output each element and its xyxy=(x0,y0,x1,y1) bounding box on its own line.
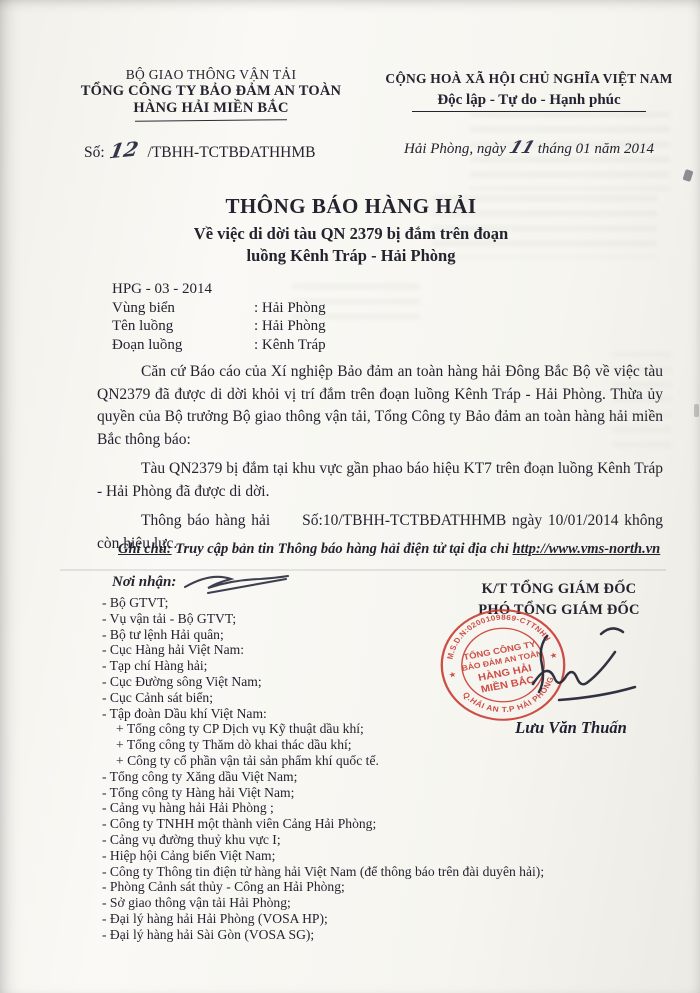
document-title-block: THÔNG BÁO HÀNG HẢI Về việc di dời tàu QN… xyxy=(40,194,662,267)
note-text: Truy cập bản tin Thông báo hàng hải điện… xyxy=(172,541,513,557)
reference-label: Đoạn luồng xyxy=(112,336,254,355)
recipient-item: - Sở giao thông vận tải Hải Phòng; xyxy=(102,895,664,911)
notice-body: Căn cứ Báo cáo của Xí nghiệp Bảo đảm an … xyxy=(97,361,663,562)
issuing-org-block: BỘ GIAO THÔNG VẬN TẢI TỔNG CÔNG TY BẢO Đ… xyxy=(55,66,367,121)
reference-value: : Kênh Tráp xyxy=(254,336,326,355)
director-signature xyxy=(523,620,655,716)
handwritten-day: 11 xyxy=(506,138,537,158)
org-underline xyxy=(135,119,287,122)
handwritten-doc-number: 12 xyxy=(107,137,140,164)
signer-name: Lưu Văn Thuấn xyxy=(455,718,687,738)
note-label: Ghi chú: xyxy=(118,541,172,557)
national-title: CỘNG HOÀ XÃ HỘI CHỦ NGHĨA VIỆT NAM xyxy=(366,70,692,88)
scanned-notice-page: BỘ GIAO THÔNG VẬN TẢI TỔNG CÔNG TY BẢO Đ… xyxy=(0,0,700,993)
national-header-block: CỘNG HOÀ XÃ HỘI CHỦ NGHĨA VIỆT NAM Độc l… xyxy=(366,70,692,112)
scan-artifact-line xyxy=(60,569,666,571)
recipient-item: - Cảng vụ hàng hải Hải Phòng ; xyxy=(102,800,664,816)
recipient-item: + Tổng công ty Thăm dò khai thác dầu khí… xyxy=(102,737,664,753)
scan-speck xyxy=(694,404,699,417)
company-name-line2: HÀNG HẢI MIỀN BẮC xyxy=(55,100,367,117)
recipient-item: - Hiệp hội Cảng biển Việt Nam; xyxy=(102,848,664,864)
recipient-item: + Công ty cổ phần vận tải sản phẩm khí q… xyxy=(102,753,664,769)
scan-speck xyxy=(682,169,693,182)
body-paragraph-2: Tàu QN2379 bị đắm tại khu vực gần phao b… xyxy=(97,458,663,503)
note-line: Ghi chú: Truy cập bản tin Thông báo hàng… xyxy=(118,541,660,558)
title-subject-line2: luồng Kênh Tráp - Hải Phòng xyxy=(40,245,662,267)
recipient-item: - Phòng Cảnh sát thủy - Công an Hải Phòn… xyxy=(102,879,664,895)
reference-value: : Hải Phòng xyxy=(254,317,326,336)
note-url: http://www.vms-north.vn xyxy=(513,541,661,557)
number-label: Số: xyxy=(84,144,105,161)
document-number-line: Số:12/TBHH-TCTBĐATHHMB xyxy=(84,138,315,162)
recipient-item: - Cảng vụ đường thuỷ khu vực I; xyxy=(102,832,664,848)
place-date-prefix: Hải Phòng, ngày xyxy=(404,141,506,157)
national-motto: Độc lập - Tự do - Hạnh phúc xyxy=(366,91,692,109)
reference-value: : Hải Phòng xyxy=(254,299,326,318)
recipient-item: - Đại lý hàng hải Sài Gòn (VOSA SG); xyxy=(102,927,664,943)
place-date-suffix: tháng 01 năm 2014 xyxy=(538,141,654,157)
body-paragraph-1: Căn cứ Báo cáo của Xí nghiệp Bảo đảm an … xyxy=(97,361,663,451)
reference-block: HPG - 03 - 2014 Vùng biển : Hải Phòng Tê… xyxy=(112,280,326,354)
recipient-item: - Công ty TNHH một thành viên Cảng Hải P… xyxy=(102,816,664,832)
reference-label: Vùng biển xyxy=(112,299,254,318)
reference-row: Tên luồng : Hải Phòng xyxy=(112,317,326,336)
company-name-line1: TỔNG CÔNG TY BẢO ĐẢM AN TOÀN xyxy=(55,83,367,100)
reference-fields: Vùng biển : Hải Phòng Tên luồng : Hải Ph… xyxy=(112,299,326,355)
stamp-star-left: ★ xyxy=(448,670,458,680)
reference-row: Vùng biển : Hải Phòng xyxy=(112,299,326,318)
recipient-item: - Tổng công ty Xăng dầu Việt Nam; xyxy=(102,769,664,785)
motto-underline xyxy=(412,111,646,112)
recipient-item: - Công ty Thông tin điện tử hàng hải Việ… xyxy=(102,864,664,880)
reference-row: Đoạn luồng : Kênh Tráp xyxy=(112,336,326,355)
recipient-item: - Tổng công ty Hàng hải Việt Nam; xyxy=(102,785,664,801)
ministry-name: BỘ GIAO THÔNG VẬN TẢI xyxy=(55,66,367,83)
number-suffix: /TBHH-TCTBĐATHHMB xyxy=(148,144,316,161)
title-subject-line1: Về việc di dời tàu QN 2379 bị đắm trên đ… xyxy=(40,223,662,245)
reference-label: Tên luồng xyxy=(112,317,254,336)
recipients-label: Nơi nhận: xyxy=(112,574,176,591)
notice-code: HPG - 03 - 2014 xyxy=(112,280,326,299)
place-date-line: Hải Phòng, ngày11tháng 01 năm 2014 xyxy=(366,138,692,158)
page-title: THÔNG BÁO HÀNG HẢI xyxy=(40,194,662,219)
body-paragraph-3-lead: Thông báo hàng hải xyxy=(141,512,270,529)
pen-scribble xyxy=(182,572,294,596)
recipient-item: - Đại lý hàng hải Hải Phòng (VOSA HP); xyxy=(102,911,664,927)
signoff-authority-line: K/T TỔNG GIÁM ĐỐC xyxy=(420,579,698,600)
